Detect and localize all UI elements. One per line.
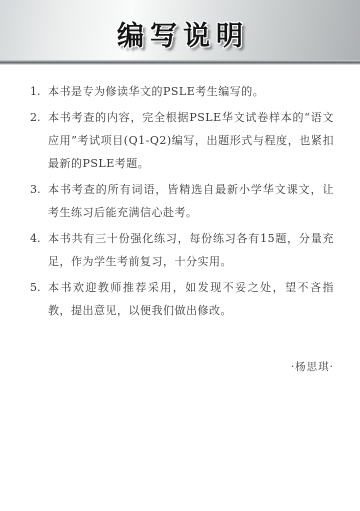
list-item-text: 本书欢迎教师推荐采用，如发现不妥之处，望不吝指教，提出意见，以便我们做出修改。	[48, 276, 334, 322]
list-item-text: 本书考查的所有词语，皆精选自最新小学华文课文，让考生练习后能充满信心赴考。	[48, 178, 334, 224]
notes-list: 1. 本书是专为修读华文的PSLE考生编写的。 2. 本书考查的内容，完全根据P…	[30, 80, 334, 322]
list-item: 4. 本书共有三十份强化练习，每份练习各有15题，分量充足，作为学生考前复习，十…	[30, 227, 334, 273]
list-item: 1. 本书是专为修读华文的PSLE考生编写的。	[30, 80, 334, 103]
page-title: 编写说明	[111, 14, 249, 53]
list-item-number: 5.	[30, 276, 48, 322]
list-item: 2. 本书考查的内容，完全根据PSLE华文试卷样本的“语文应用”考试项目(Q1-…	[30, 106, 334, 175]
list-item-number: 4.	[30, 227, 48, 273]
list-item-number: 1.	[30, 80, 48, 103]
list-item: 3. 本书考查的所有词语，皆精选自最新小学华文课文，让考生练习后能充满信心赴考。	[30, 178, 334, 224]
list-item-text: 本书是专为修读华文的PSLE考生编写的。	[48, 80, 334, 103]
book-preface-page: 编写说明 1. 本书是专为修读华文的PSLE考生编写的。 2. 本书考查的内容，…	[0, 0, 360, 511]
list-item-text: 本书考查的内容，完全根据PSLE华文试卷样本的“语文应用”考试项目(Q1-Q2)…	[48, 106, 334, 175]
author-signature: ·杨思琪·	[30, 359, 334, 374]
list-item-number: 2.	[30, 106, 48, 175]
page-header-banner: 编写说明	[0, 0, 360, 60]
list-item-text: 本书共有三十份强化练习，每份练习各有15题，分量充足，作为学生考前复习，十分实用…	[48, 227, 334, 273]
list-item-number: 3.	[30, 178, 48, 224]
list-item: 5. 本书欢迎教师推荐采用，如发现不妥之处，望不吝指教，提出意见，以便我们做出修…	[30, 276, 334, 322]
preface-content: 1. 本书是专为修读华文的PSLE考生编写的。 2. 本书考查的内容，完全根据P…	[0, 65, 360, 374]
